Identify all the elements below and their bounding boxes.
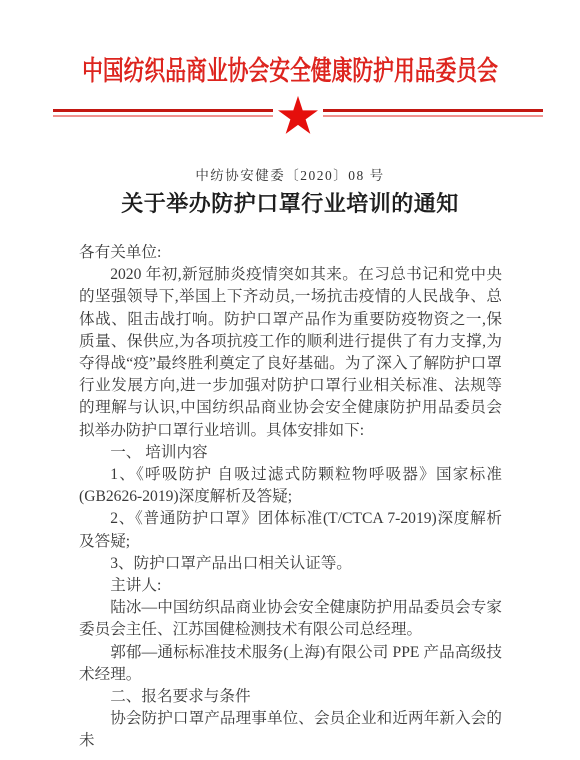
paragraph: 2020 年初,新冠肺炎疫情突如其来。在习总书记和党中央的坚强领导下,举国上下齐… [79,264,502,442]
paragraph: 协会防护口罩产品理事单位、会员企业和近两年新入会的未 [79,708,502,752]
paragraph: 各有关单位: [79,242,502,264]
paragraph: 主讲人: [79,575,502,597]
paragraph: 2、《普通防护口罩》团体标准(T/CTCA 7-2019)深度解析及答疑; [79,508,502,552]
doc-number: 中纺协安健委〔2020〕08 号 [0,164,580,184]
red-star-icon [275,94,321,138]
divider-line-right [323,109,543,117]
org-header-title-text: 中国纺织品商业协会安全健康防护用品委员会 [82,55,498,89]
paragraph: 陆冰—中国纺织品商业协会安全健康防护用品委员会专家委员会主任、江苏国健检测技术有… [79,597,502,641]
divider-line-left [53,109,273,117]
document-body: 各有关单位:2020 年初,新冠肺炎疫情突如其来。在习总书记和党中央的坚强领导下… [79,242,502,753]
paragraph: 3、防护口罩产品出口相关认证等。 [79,553,502,575]
paragraph: 1、《呼吸防护 自吸过滤式防颗粒物呼吸器》国家标准(GB2626-2019)深度… [79,464,502,508]
paragraph: 一、 培训内容 [79,442,502,464]
document-page: 中国纺织品商业协会安全健康防护用品委员会 中纺协安健委〔2020〕08 号 关于… [0,0,580,760]
paragraph: 郭郁—通标标准技术服务(上海)有限公司 PPE 产品高级技术经理。 [79,642,502,686]
document-title: 关于举办防护口罩行业培训的通知 [0,187,580,218]
paragraph: 二、报名要求与条件 [79,686,502,708]
header-divider [53,94,543,138]
org-header-title: 中国纺织品商业协会安全健康防护用品委员会 [0,55,580,89]
